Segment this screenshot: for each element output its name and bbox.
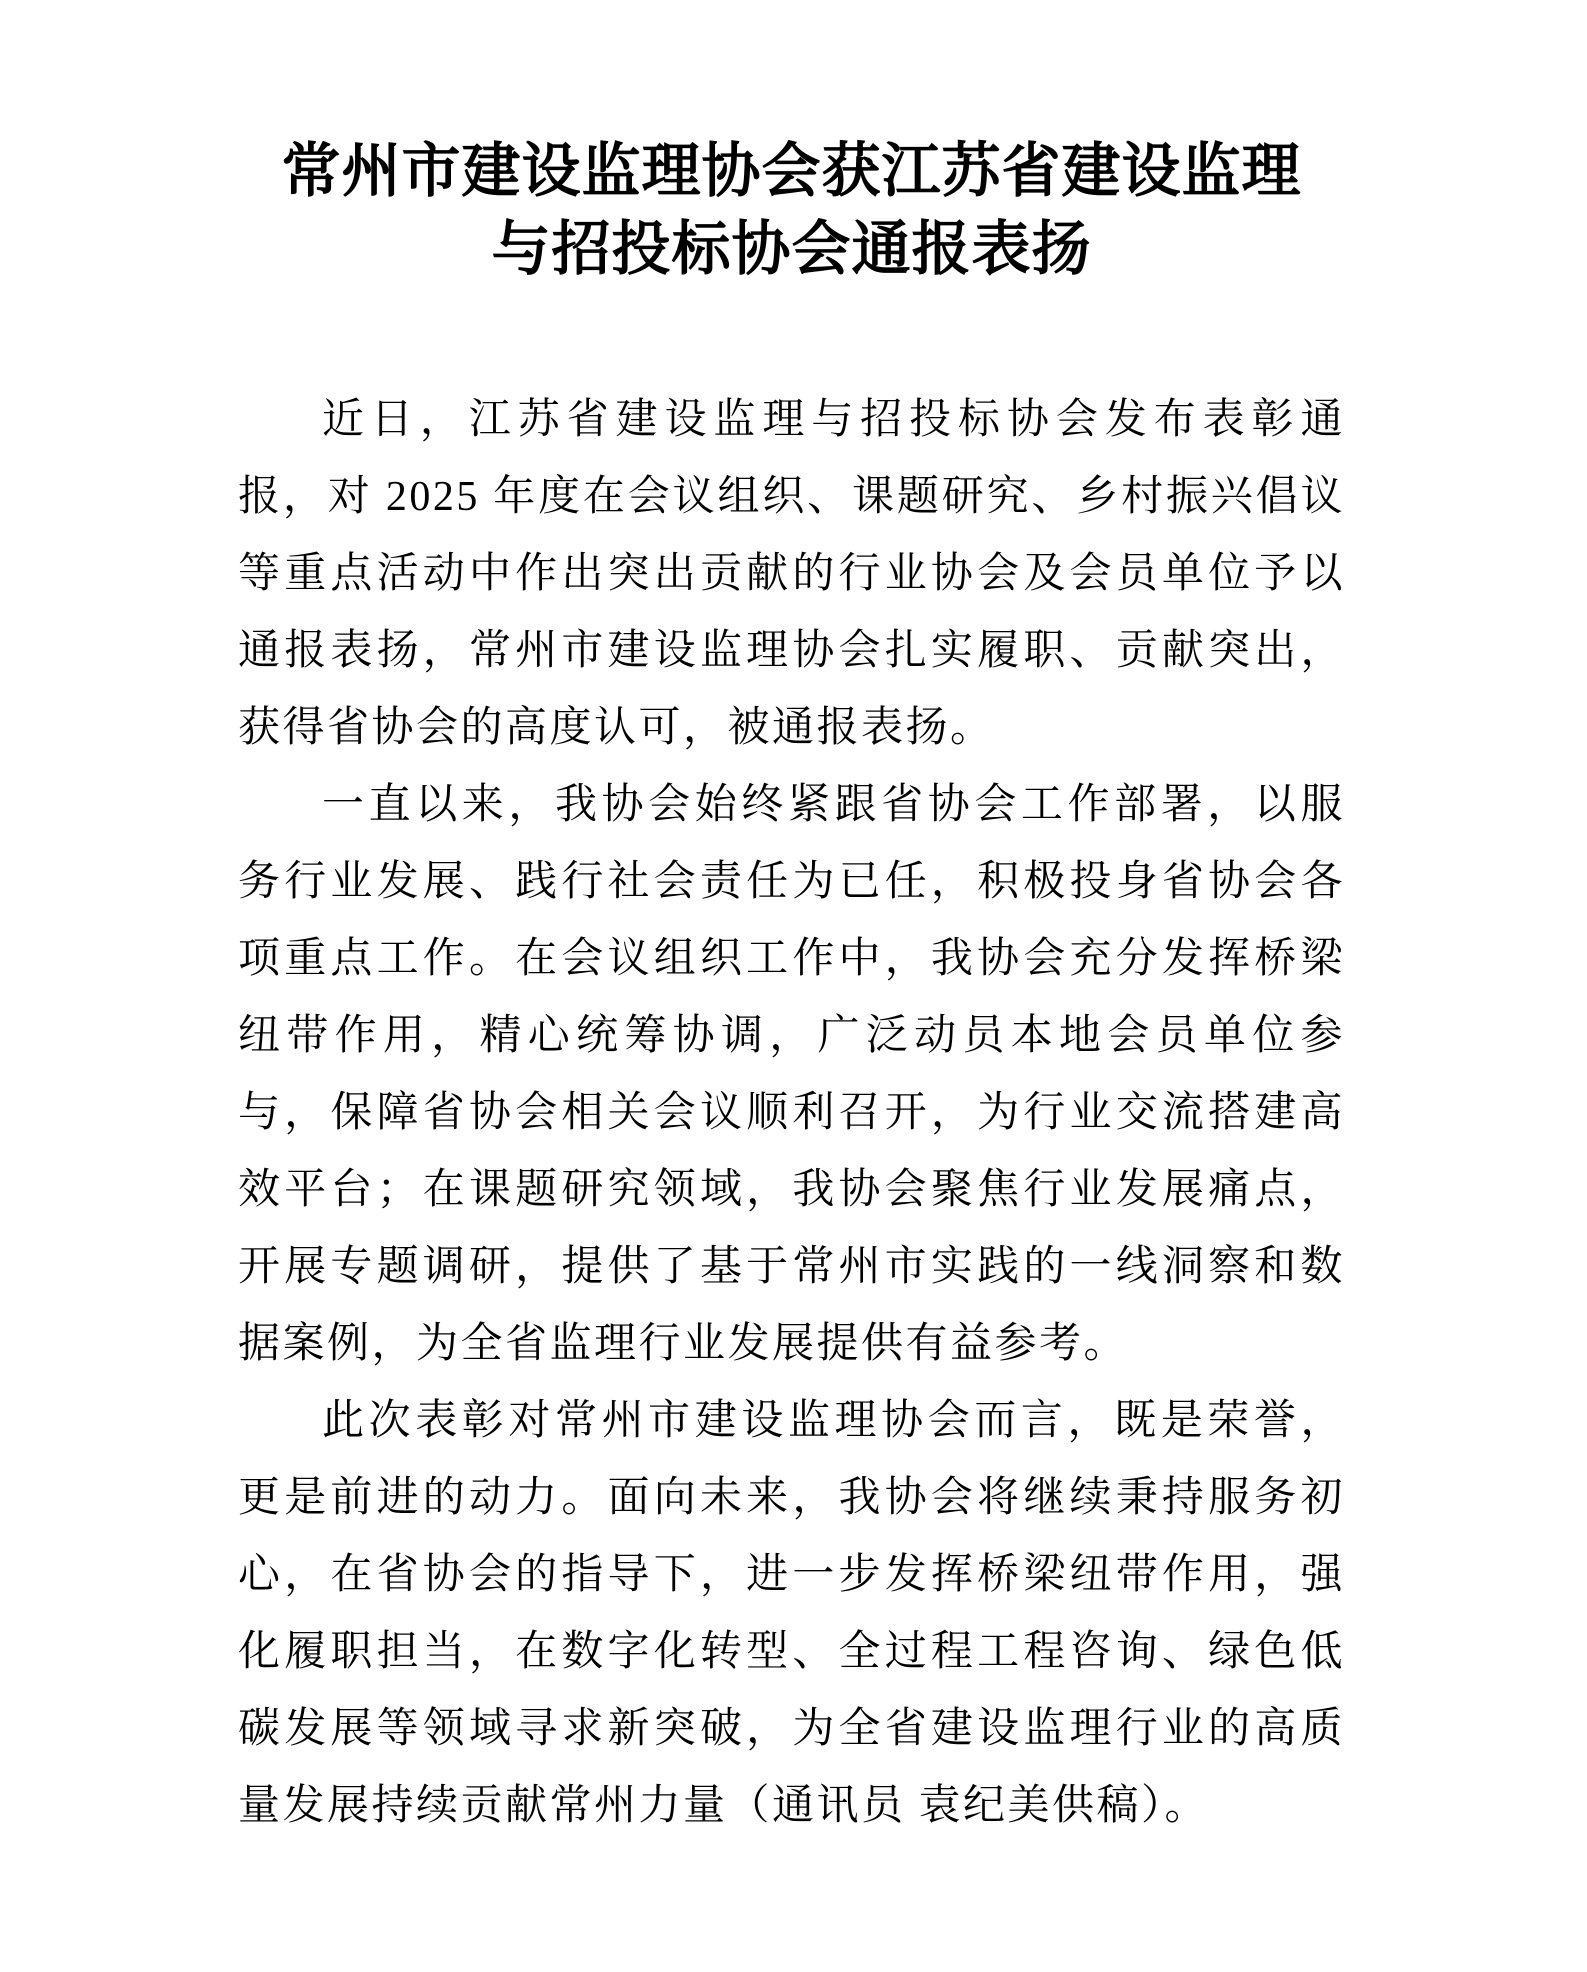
paragraph-work-summary: 一直以来，我协会始终紧跟省协会工作部署，以服务行业发展、践行社会责任为已任，积极…: [238, 767, 1345, 1383]
document-page: 常州市建设监理协会获江苏省建设监理 与招投标协会通报表扬 近日，江苏省建设监理与…: [0, 0, 1587, 1972]
document-title: 常州市建设监理协会获江苏省建设监理 与招投标协会通报表扬: [238, 132, 1345, 288]
document-title-line-2: 与招投标协会通报表扬: [238, 210, 1345, 288]
document-body: 近日，江苏省建设监理与招投标协会发布表彰通报，对 2025 年度在会议组织、课题…: [238, 382, 1345, 1845]
document-title-line-1: 常州市建设监理协会获江苏省建设监理: [238, 132, 1345, 210]
paragraph-outlook: 此次表彰对常州市建设监理协会而言，既是荣誉，更是前进的动力。面向未来，我协会将继…: [238, 1383, 1345, 1845]
paragraph-intro: 近日，江苏省建设监理与招投标协会发布表彰通报，对 2025 年度在会议组织、课题…: [238, 382, 1345, 767]
